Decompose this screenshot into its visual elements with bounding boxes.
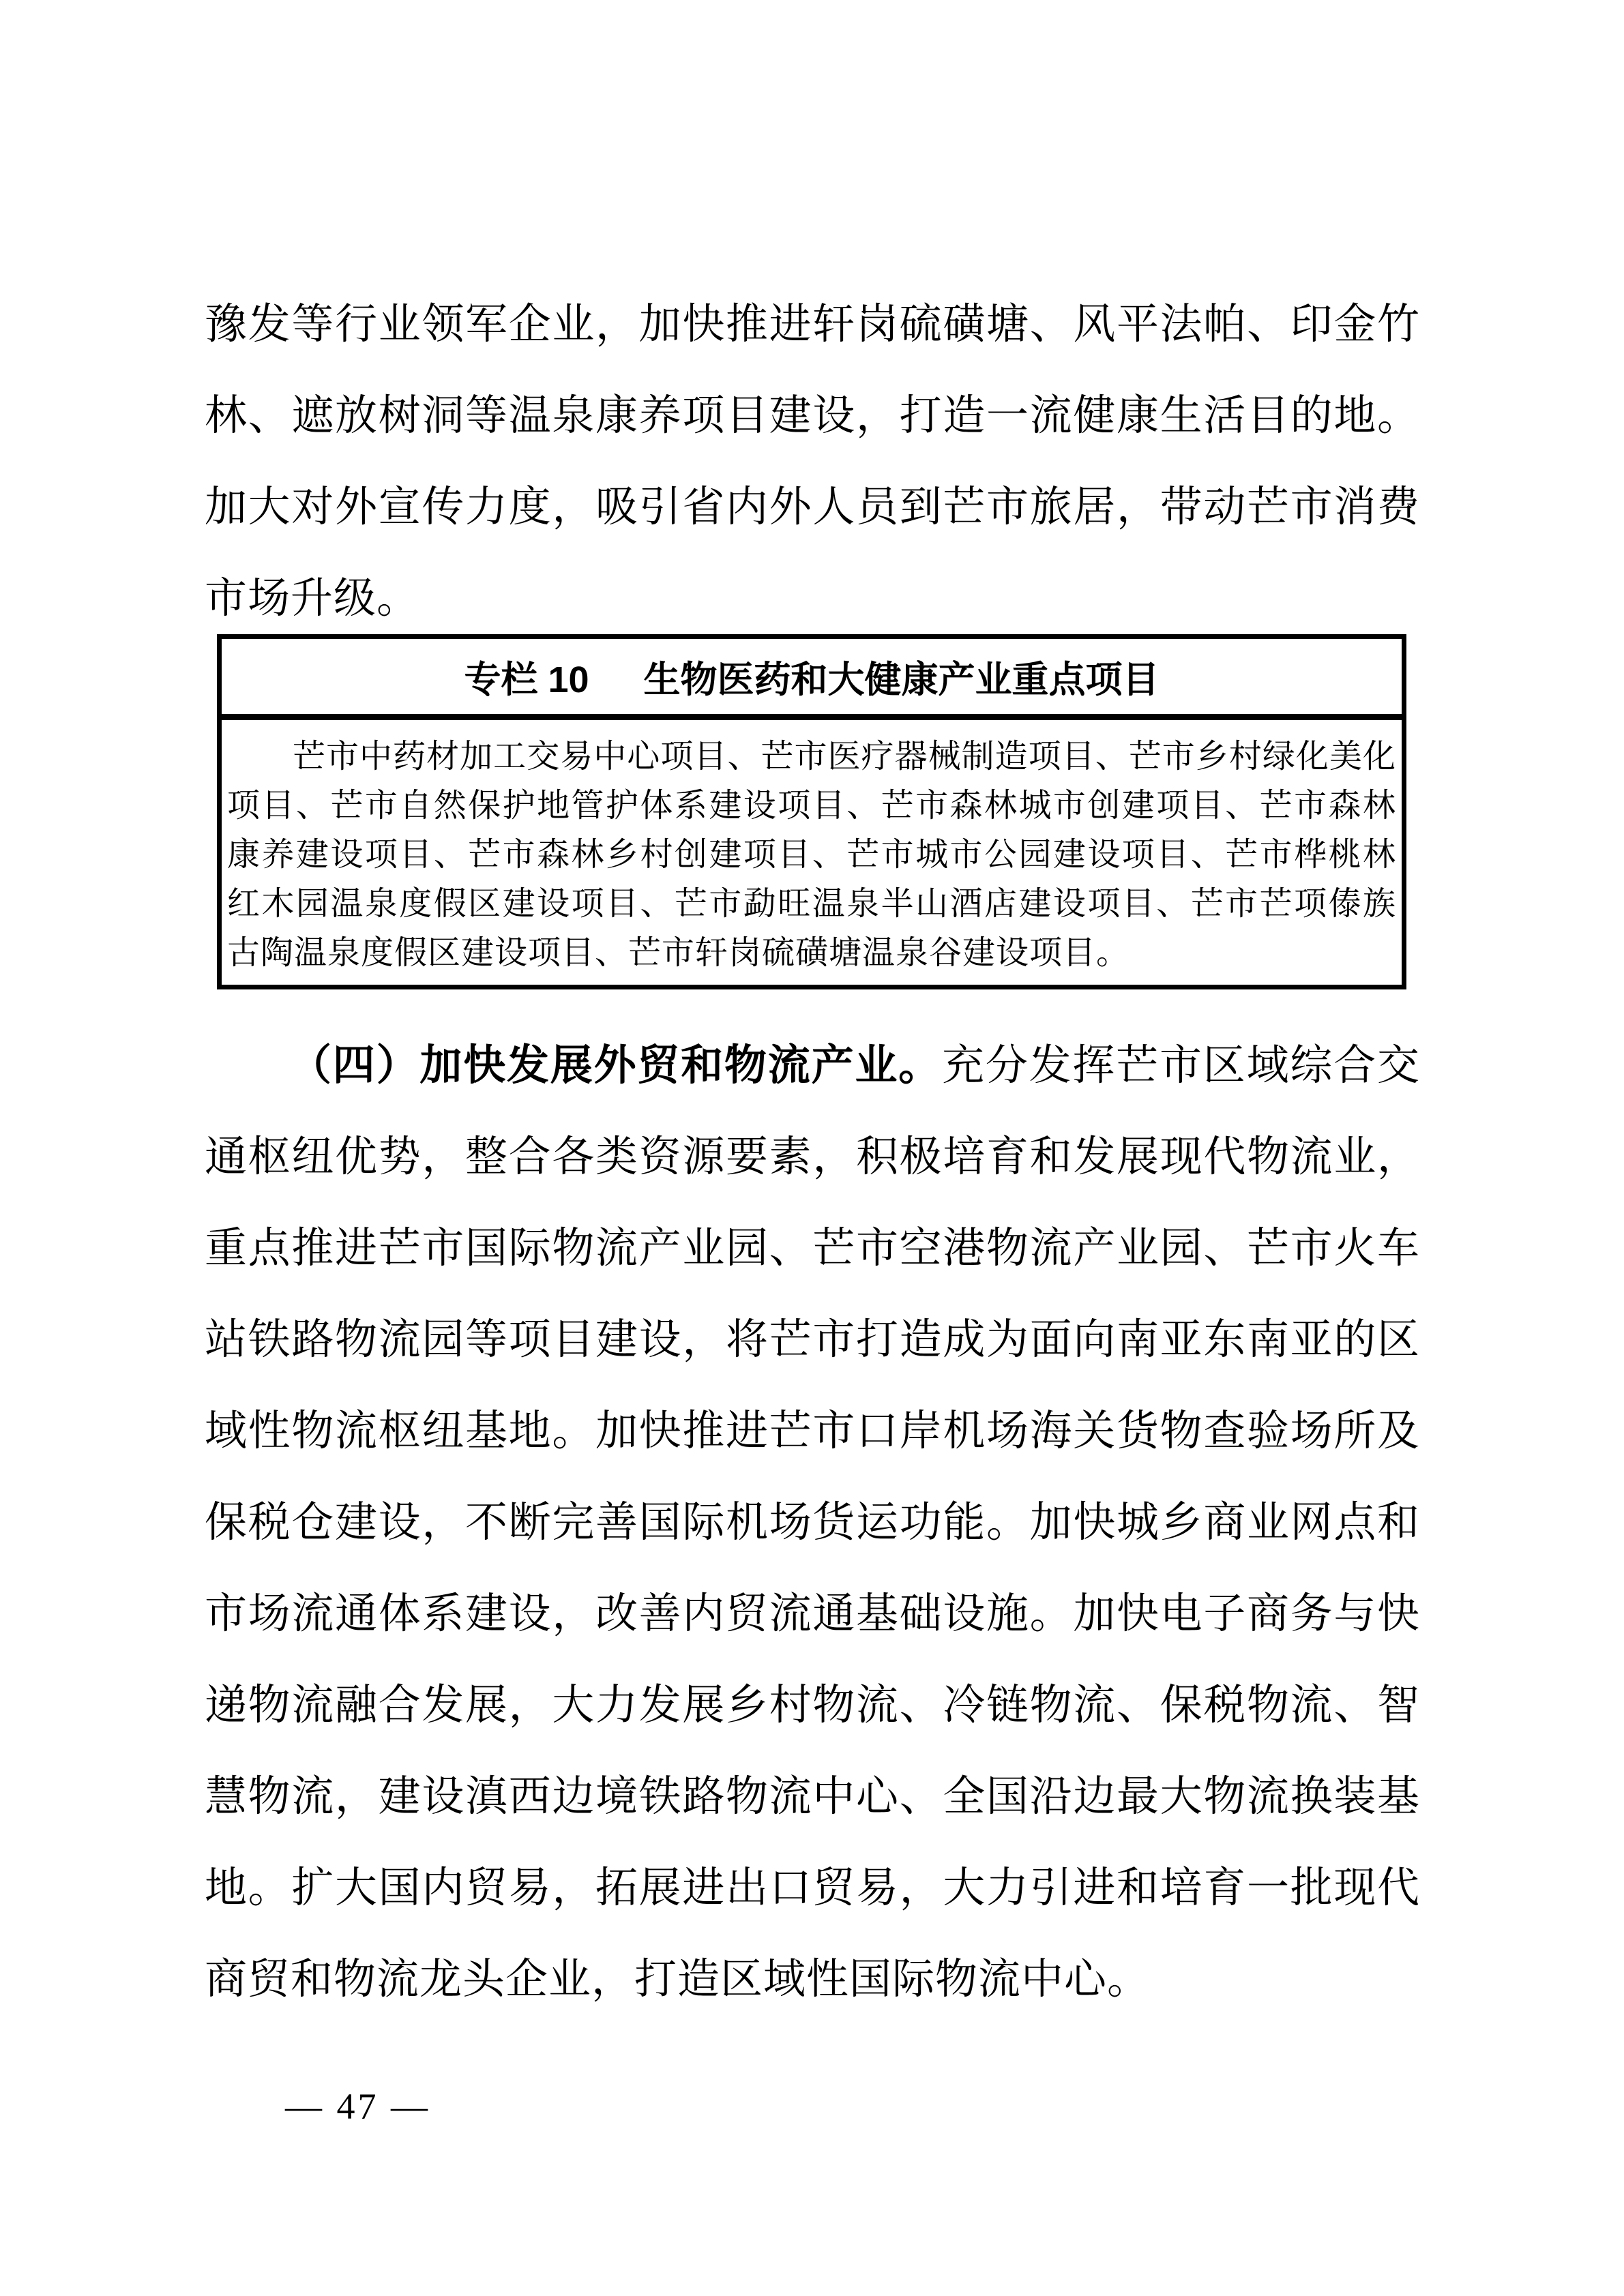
feature-box-body: 芒市中药材加工交易中心项目、芒市医疗器械制造项目、芒市乡村绿化美化项目、芒市自然… (222, 720, 1402, 985)
feature-box-header: 专栏 10 生物医药和大健康产业重点项目 (222, 639, 1402, 720)
document-page: 豫发等行业领军企业，加快推进轩岗硫磺塘、风平法帕、印金竹林、遮放树洞等温泉康养项… (0, 0, 1624, 2296)
feature-box-label: 专栏 10 (464, 651, 589, 703)
section-4-heading: （四）加快发展外贸和物流产业。 (289, 1043, 942, 1089)
feature-box-title: 生物医药和大健康产业重点项目 (644, 651, 1160, 703)
section-4-body: 充分发挥芒市区域综合交通枢纽优势，整合各类资源要素，积极培育和发展现代物流业，重… (205, 1043, 1420, 2003)
section-4-paragraph: （四）加快发展外贸和物流产业。充分发挥芒市区域综合交通枢纽优势，整合各类资源要素… (205, 1020, 1420, 2025)
page-number: — 47 — (285, 2085, 430, 2128)
feature-box: 专栏 10 生物医药和大健康产业重点项目 芒市中药材加工交易中心项目、芒市医疗器… (217, 634, 1406, 989)
intro-paragraph: 豫发等行业领军企业，加快推进轩岗硫磺塘、风平法帕、印金竹林、遮放树洞等温泉康养项… (205, 279, 1420, 644)
